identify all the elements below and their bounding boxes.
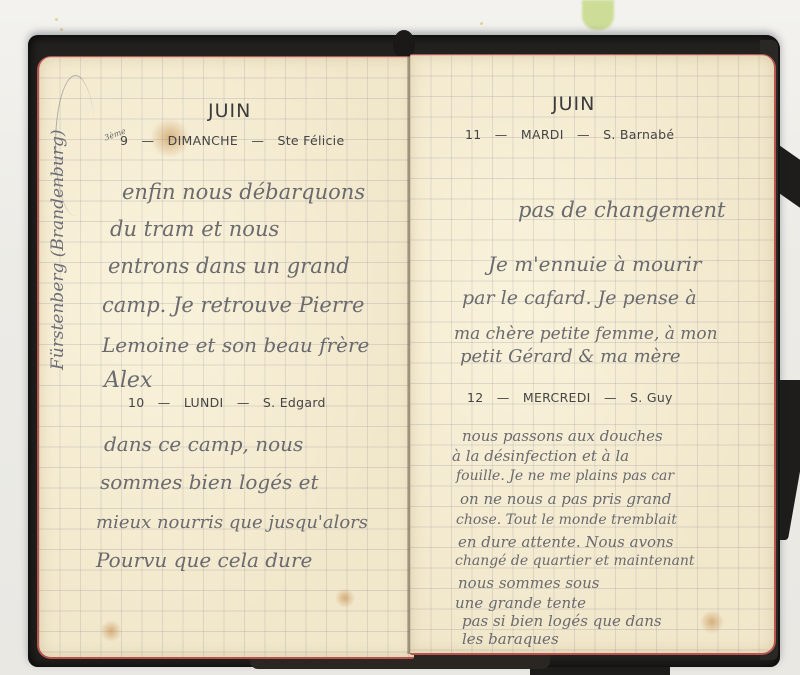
handwriting-line: chose. Tout le monde tremblait xyxy=(456,512,677,528)
dash: — xyxy=(495,127,508,142)
handwriting-line: Pourvu que cela dure xyxy=(96,548,312,572)
handwriting-line: en dure attente. Nous avons xyxy=(458,533,673,551)
handwriting-line: pas si bien logés que dans xyxy=(462,612,662,630)
handwriting-line: petit Gérard & ma mère xyxy=(460,346,681,367)
dash: — xyxy=(604,390,617,405)
day-header-10: 10 — LUNDI — S. Edgard xyxy=(128,395,326,410)
day-header-12: 12 — MERCREDI — S. Guy xyxy=(467,390,673,405)
handwriting-line: Je m'ennuie à mourir xyxy=(488,252,701,276)
dash: — xyxy=(251,133,264,148)
handwriting-line: ma chère petite femme, à mon xyxy=(454,324,718,344)
speck xyxy=(55,18,58,21)
handwriting-line: Lemoine et son beau frère xyxy=(102,333,369,357)
handwriting-line: camp. Je retrouve Pierre xyxy=(102,293,364,317)
stain xyxy=(335,588,355,608)
day-number: 9 xyxy=(120,133,128,148)
weekday: LUNDI xyxy=(184,395,224,410)
handwriting-line: changé de quartier et maintenant xyxy=(455,553,695,569)
saint-name: Ste Félicie xyxy=(277,133,344,148)
day-number: 11 xyxy=(465,127,482,142)
handwriting-line: sommes bien logés et xyxy=(100,470,319,494)
saint-name: S. Barnabé xyxy=(603,127,674,142)
weekday: DIMANCHE xyxy=(168,133,238,148)
stain xyxy=(100,620,122,642)
dash: — xyxy=(142,133,155,148)
saint-name: S. Guy xyxy=(630,390,673,405)
handwriting-line: nous sommes sous xyxy=(458,574,599,592)
speck xyxy=(480,22,483,25)
saint-name: S. Edgard xyxy=(263,395,326,410)
day-number: 10 xyxy=(128,395,145,410)
day-header-11: 11 — MARDI — S. Barnabé xyxy=(465,127,674,142)
handwriting-line: entrons dans un grand xyxy=(108,254,350,278)
month-heading: JUIN xyxy=(208,100,251,122)
handwriting-line: fouille. Je ne me plains pas car xyxy=(456,468,674,484)
weekday: MARDI xyxy=(521,127,564,142)
speck xyxy=(60,28,63,31)
dash: — xyxy=(497,390,510,405)
dash: — xyxy=(237,395,250,410)
handwriting-line: nous passons aux douches xyxy=(462,427,663,445)
handwriting-line: on ne nous a pas pris grand xyxy=(460,490,671,508)
dash: — xyxy=(158,395,171,410)
margin-note-location: Fürstenberg (Brandenburg) xyxy=(48,130,68,371)
handwriting-line: une grande tente xyxy=(455,594,586,612)
day-header-9: 9 — DIMANCHE — Ste Félicie xyxy=(120,133,344,148)
handwriting-line: du tram et nous xyxy=(110,217,279,241)
stain xyxy=(700,610,724,634)
highlighter-mark xyxy=(582,0,614,30)
day-number: 12 xyxy=(467,390,484,405)
handwriting-line: mieux nourris que jusqu'alors xyxy=(96,512,368,533)
handwriting-line: à la désinfection et à la xyxy=(452,447,629,465)
handwriting-line: Alex xyxy=(104,368,152,393)
dash: — xyxy=(577,127,590,142)
handwriting-line: pas de changement xyxy=(518,198,725,222)
month-heading: JUIN xyxy=(552,93,595,115)
handwriting-line: dans ce camp, nous xyxy=(104,432,303,456)
handwriting-line: les baraques xyxy=(462,630,559,648)
weekday: MERCREDI xyxy=(523,390,591,405)
handwriting-line: enfin nous débarquons xyxy=(122,180,365,204)
handwriting-line: par le cafard. Je pense à xyxy=(462,287,697,309)
